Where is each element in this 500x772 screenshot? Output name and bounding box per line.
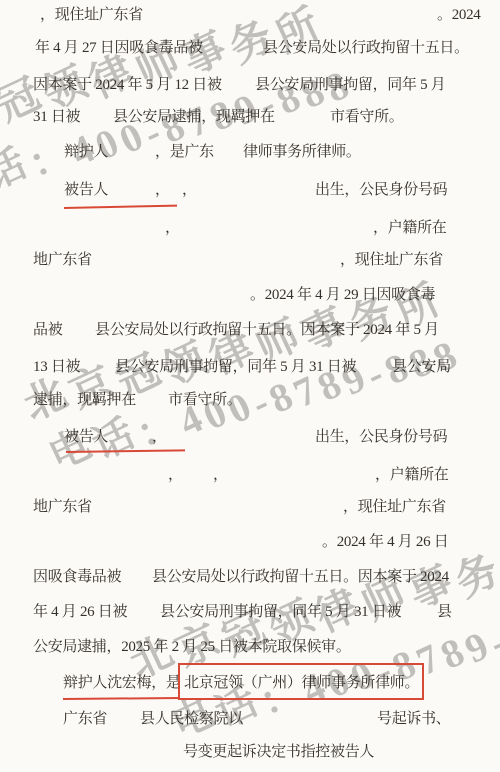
document-line: 地广东省，现住址广东省 [0, 496, 500, 518]
text-segment: 县公安局刑事拘留，同年 5 月 31 日被 [115, 356, 356, 378]
text-segment: 县公安局刑事拘留，同年 5 月 [255, 74, 446, 96]
text-segment: 出生，公民身份号码 [315, 426, 447, 448]
text-segment: 被告人 [64, 426, 108, 448]
document-line: ，，，户籍所在 [0, 464, 500, 486]
document-line: 号变更起诉决定书指控被告人 [0, 741, 500, 763]
text-segment: 31 日被 [33, 106, 80, 128]
text-segment: 市看守所。 [330, 106, 404, 128]
document-line: 。2024 年 4 月 29 日因吸食毒 [0, 284, 500, 306]
text-segment: ， [165, 217, 180, 239]
text-segment: 。2024 [437, 4, 481, 26]
text-segment: 市看守所。 [168, 389, 242, 411]
text-segment: 县 [437, 601, 452, 623]
text-segment: 。2024 年 4 月 26 日 [322, 531, 448, 553]
document-line: 地广东省，现住址广东省 [0, 249, 500, 271]
text-segment: 律师事务所律师。 [243, 141, 361, 163]
document-text-layer: ，现住址广东省。2024年 4 月 27 日因吸食毒品被县公安局处以行政拘留十五… [0, 0, 500, 772]
document-line: 因本案于 2024 年 5 月 12 日被县公安局刑事拘留，同年 5 月 [0, 74, 500, 96]
text-segment: 逮捕，现羁押在 [33, 389, 136, 411]
text-segment: 号起诉书、 [377, 708, 451, 730]
text-segment: 13 日被 [33, 356, 80, 378]
text-segment: 因吸食毒品被 [33, 566, 121, 588]
text-segment: 辩护人 [64, 141, 108, 163]
document-line: 年 4 月 27 日因吸食毒品被县公安局处以行政拘留十五日。 [0, 37, 500, 59]
text-segment: 辩护人沈宏梅，是 [63, 672, 181, 694]
document-line: 年 4 月 26 日被县公安局刑事拘留，同年 5 月 31 日被县 [0, 601, 500, 623]
scanned-court-document: 北京冠领律师事务所电话：400-8789-888北京冠领律师事务所电话：400-… [0, 0, 500, 772]
text-segment: ， [152, 426, 167, 448]
document-line: 辩护人沈宏梅，是北京冠领（广州）律师事务所律师。 [0, 672, 500, 694]
text-segment: 号变更起诉决定书指控被告人 [183, 741, 374, 763]
text-segment: ， [168, 464, 183, 486]
text-segment: ，现住址广东省 [343, 496, 446, 518]
text-segment: 县公安局处以行政拘留十五日。因本案于 2024 年 5 月 [95, 319, 439, 341]
text-segment: 县公安局 [392, 356, 451, 378]
document-line: 辩护人，是广东律师事务所律师。 [0, 141, 500, 163]
text-segment: 县公安局处以行政拘留十五日。 [263, 37, 469, 59]
document-line: ，，户籍所在 [0, 217, 500, 239]
text-segment: 县人民检察院以 [140, 708, 243, 730]
document-line: 因吸食毒品被县公安局处以行政拘留十五日。因本案于 2024 [0, 566, 500, 588]
document-line: 13 日被县公安局刑事拘留，同年 5 月 31 日被县公安局 [0, 356, 500, 378]
text-segment: 县公安局刑事拘留，同年 5 月 31 日被 [160, 601, 401, 623]
text-segment: 。2024 年 4 月 29 日因吸食毒 [250, 284, 435, 306]
text-segment: 年 4 月 26 日被 [33, 601, 127, 623]
text-segment: 广东省 [63, 708, 107, 730]
text-segment: ，户籍所在 [373, 217, 447, 239]
text-segment: 出生，公民身份号码 [315, 179, 447, 201]
text-segment: ，是广东 [155, 141, 214, 163]
text-segment: 北京冠领（广州）律师事务所律师。 [184, 672, 419, 694]
text-segment: 被告人 [64, 179, 108, 201]
text-segment: 公安局逮捕，2025 年 2 月 25 日被本院取保候审。 [33, 636, 351, 658]
text-segment: ，现住址广东省 [40, 4, 143, 26]
document-line: 广东省县人民检察院以号起诉书、 [0, 708, 500, 730]
text-segment: 地广东省 [33, 496, 92, 518]
document-line: 逮捕，现羁押在市看守所。 [0, 389, 500, 411]
document-line: 。2024 年 4 月 26 日 [0, 531, 500, 553]
text-segment: 县公安局逮捕，现羁押在 [113, 106, 275, 128]
text-segment: 县公安局处以行政拘留十五日。因本案于 2024 [152, 566, 449, 588]
text-segment: ， [182, 179, 197, 201]
document-line: 公安局逮捕，2025 年 2 月 25 日被本院取保候审。 [0, 636, 500, 658]
text-segment: ，现住址广东省 [340, 249, 443, 271]
text-segment: 年 4 月 27 日因吸食毒品被 [35, 37, 203, 59]
document-line: 品被县公安局处以行政拘留十五日。因本案于 2024 年 5 月 [0, 319, 500, 341]
text-segment: ，户籍所在 [375, 464, 449, 486]
text-segment: ， [213, 464, 228, 486]
text-segment: 地广东省 [33, 249, 92, 271]
document-line: 31 日被县公安局逮捕，现羁押在市看守所。 [0, 106, 500, 128]
text-segment: ， [155, 179, 170, 201]
text-segment: 因本案于 2024 年 5 月 12 日被 [33, 74, 222, 96]
document-line: 被告人，出生，公民身份号码 [0, 426, 500, 448]
text-segment: 品被 [33, 319, 62, 341]
document-line: ，现住址广东省。2024 [0, 4, 500, 26]
document-line: 被告人，，出生，公民身份号码 [0, 179, 500, 201]
